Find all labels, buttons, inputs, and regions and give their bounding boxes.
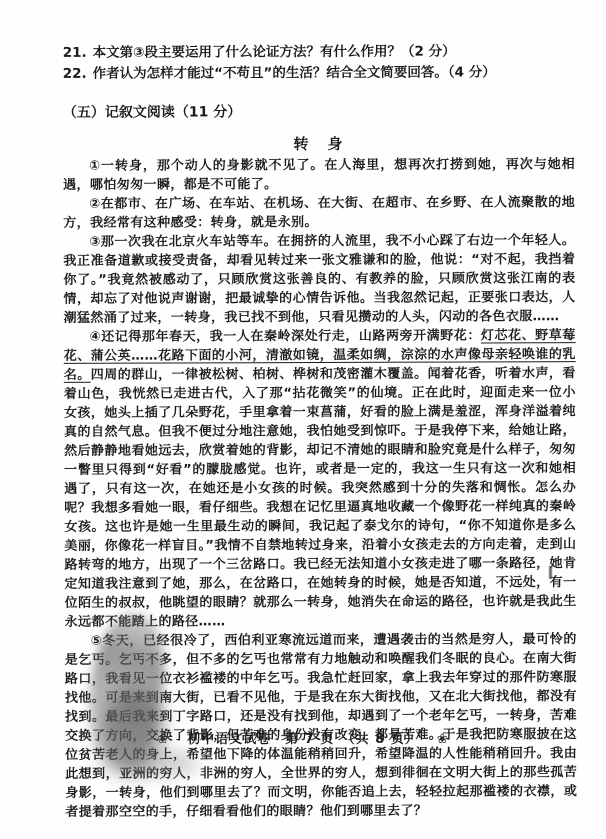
paragraph-4-lead: ④还记得那年春天，我一人在秦岭深处行走，山路两旁开满野花： xyxy=(90,328,481,344)
essay-paragraph-2: ②在都市、在广场、在车站、在机场、在大街、在超市、在乡野、在人流聚散的地方，我经… xyxy=(63,193,575,233)
question-21-number: 21. xyxy=(63,45,87,61)
essay-paragraph-5: ⑤冬天，已经很冷了，西伯利亚寒流远道而来，遭遇袭击的当然是穷人，最可怜的是乞丐。… xyxy=(65,630,578,822)
ornament-flower-icon: ❀ xyxy=(437,732,449,747)
paragraph-4-rest: 四周的群山，一律被松树、柏树、桦树和茂密灌木覆盖。闻着花香，听着水声，看着山色，… xyxy=(64,366,577,630)
question-22: 22.作者认为怎样才能过“不苟且”的生活？结合全文简要回答。（4 分） xyxy=(63,62,575,85)
footer-text: 初中语文试卷 第 7 页 （共 8 页） xyxy=(187,732,419,747)
page-content: 21.本文第③段主要运用了什么论证方法？有什么作用？（2 分） 22.作者认为怎… xyxy=(63,41,578,822)
essay-title: 转 身 xyxy=(63,132,575,155)
question-22-number: 22. xyxy=(63,66,87,82)
page-footer: ❀初中语文试卷 第 7 页 （共 8 页）❀ xyxy=(0,728,606,747)
exam-page-scan: 21.本文第③段主要运用了什么论证方法？有什么作用？（2 分） 22.作者认为怎… xyxy=(0,0,606,839)
essay-paragraph-3: ③那一次我在北京火车站等车。在拥挤的人流里，我不小心踩了右边一个年轻人。我正准备… xyxy=(63,231,575,328)
ornament-flower-icon: ❀ xyxy=(157,732,169,747)
question-21-text: 本文第③段主要运用了什么论证方法？有什么作用？（2 分） xyxy=(93,44,456,61)
question-22-text: 作者认为怎样才能过“不苟且”的生活？结合全文简要回答。（4 分） xyxy=(93,64,496,81)
essay-paragraph-4: ④还记得那年春天，我一人在秦岭深处行走，山路两旁开满野花：灯芯花、野草莓花、蒲公… xyxy=(64,326,577,632)
section-heading: （五）记叙文阅读（11 分） xyxy=(63,100,575,122)
essay-paragraph-1: ①一转身，那个动人的身影就不见了。在人海里，想再次打捞到她，再次与她相遇，哪怕匆… xyxy=(63,155,575,195)
question-21: 21.本文第③段主要运用了什么论证方法？有什么作用？（2 分） xyxy=(63,41,575,64)
